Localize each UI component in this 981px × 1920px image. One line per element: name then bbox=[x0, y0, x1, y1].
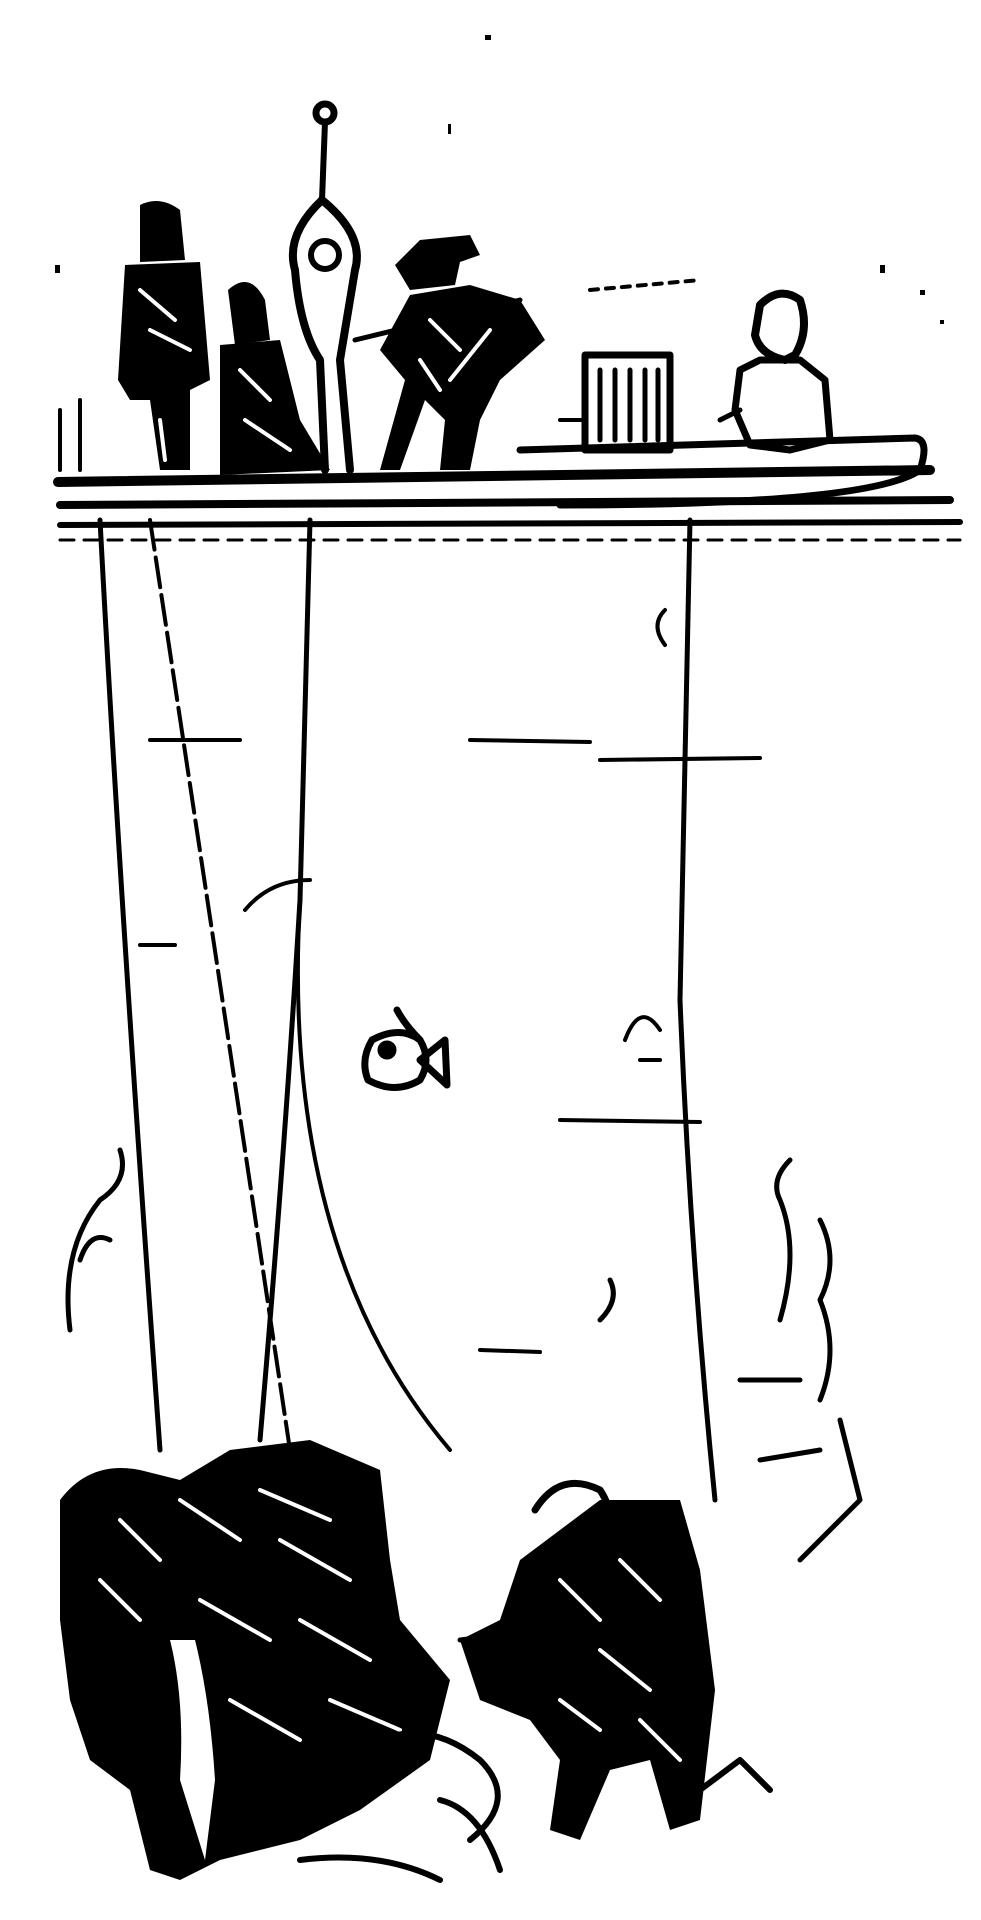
diving-illustration bbox=[0, 0, 981, 1920]
